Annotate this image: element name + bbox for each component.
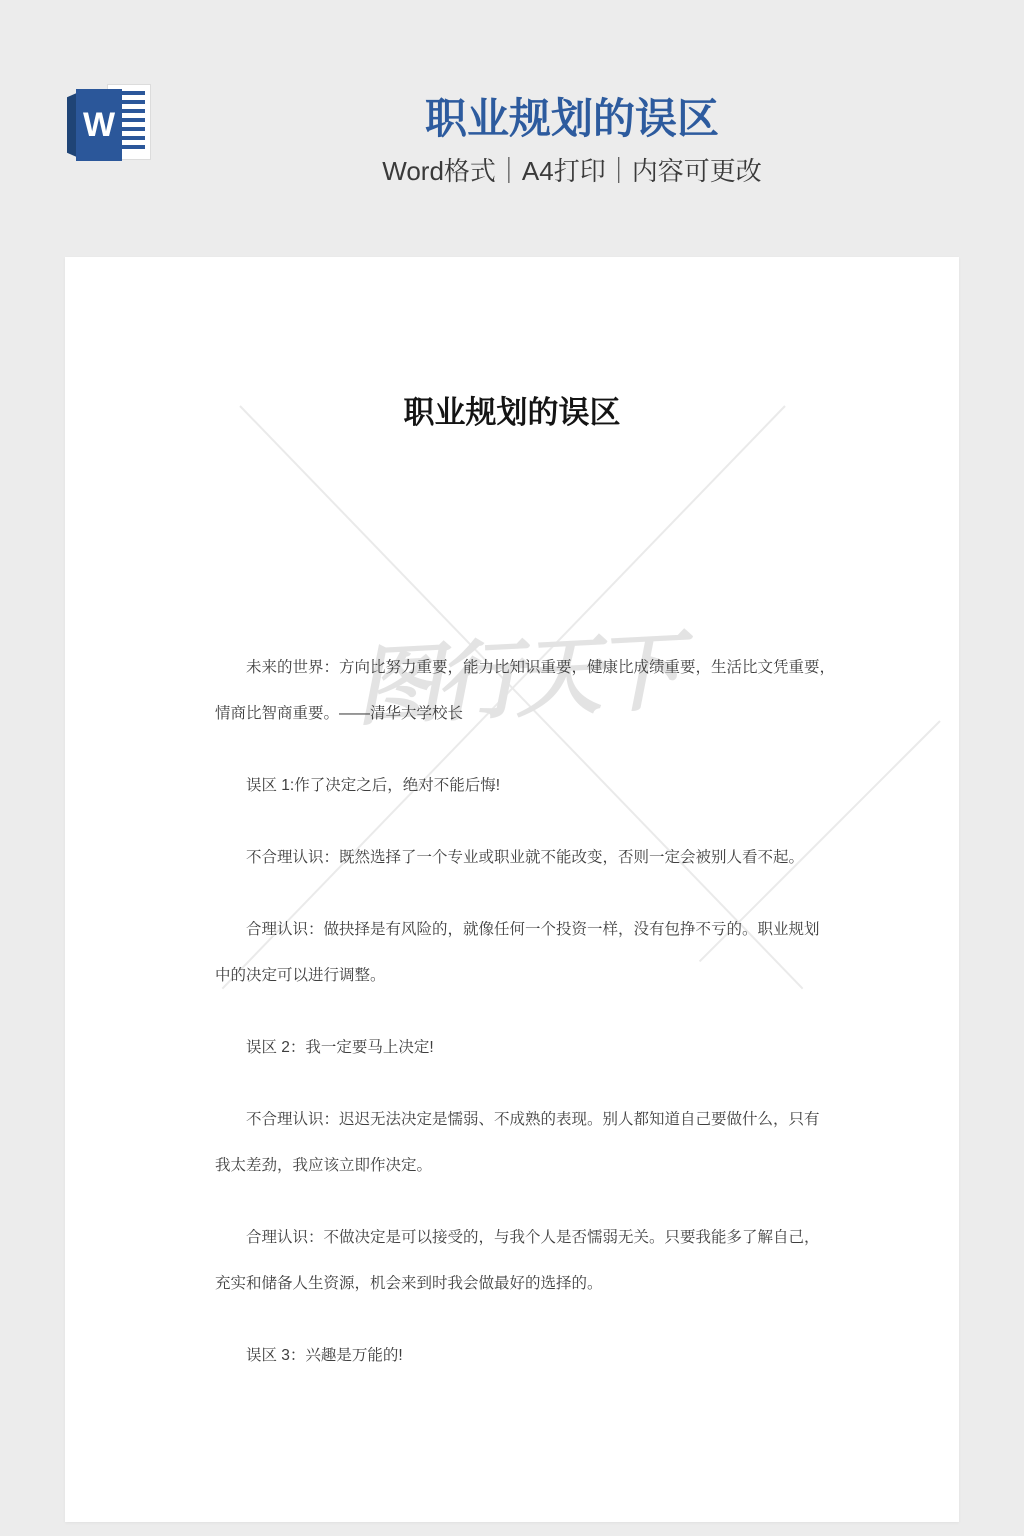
document-page: 图行天下 职业规划的误区 未来的世界：方向比努力重要，能力比知识重要，健康比成绩… bbox=[65, 257, 959, 1522]
word-icon-letter: W bbox=[83, 108, 115, 142]
paragraph: 不合理认识：既然选择了一个专业或职业就不能改变，否则一定会被别人看不起。 bbox=[215, 835, 863, 881]
paragraph: 合理认识：不做决定是可以接受的，与我个人是否懦弱无关。只要我能多了解自己， 充实… bbox=[215, 1215, 863, 1307]
paragraph: 误区 2：我一定要马上决定! bbox=[215, 1025, 863, 1071]
word-icon-cover: W bbox=[76, 89, 122, 161]
paragraph: 合理认识：做抉择是有风险的，就像任何一个投资一样，没有包挣不亏的。职业规划 中的… bbox=[215, 907, 863, 999]
paragraph: 不合理认识：迟迟无法决定是懦弱、不成熟的表现。别人都知道自己要做什么，只有 我太… bbox=[215, 1097, 863, 1189]
document-body: 未来的世界：方向比努力重要，能力比知识重要，健康比成绩重要，生活比文凭重要， 情… bbox=[215, 645, 863, 1405]
template-subtitle: Word格式｜A4打印｜内容可更改 bbox=[120, 156, 1024, 186]
header-text: 职业规划的误区 Word格式｜A4打印｜内容可更改 bbox=[120, 0, 1024, 186]
template-header: W 职业规划的误区 Word格式｜A4打印｜内容可更改 bbox=[0, 0, 1024, 230]
paragraph: 误区 3：兴趣是万能的! bbox=[215, 1333, 863, 1379]
template-title: 职业规划的误区 bbox=[120, 96, 1024, 142]
paragraph: 误区 1:作了决定之后，绝对不能后悔! bbox=[215, 763, 863, 809]
document-title: 职业规划的误区 bbox=[65, 396, 959, 430]
paragraph: 未来的世界：方向比努力重要，能力比知识重要，健康比成绩重要，生活比文凭重要， 情… bbox=[215, 645, 863, 737]
